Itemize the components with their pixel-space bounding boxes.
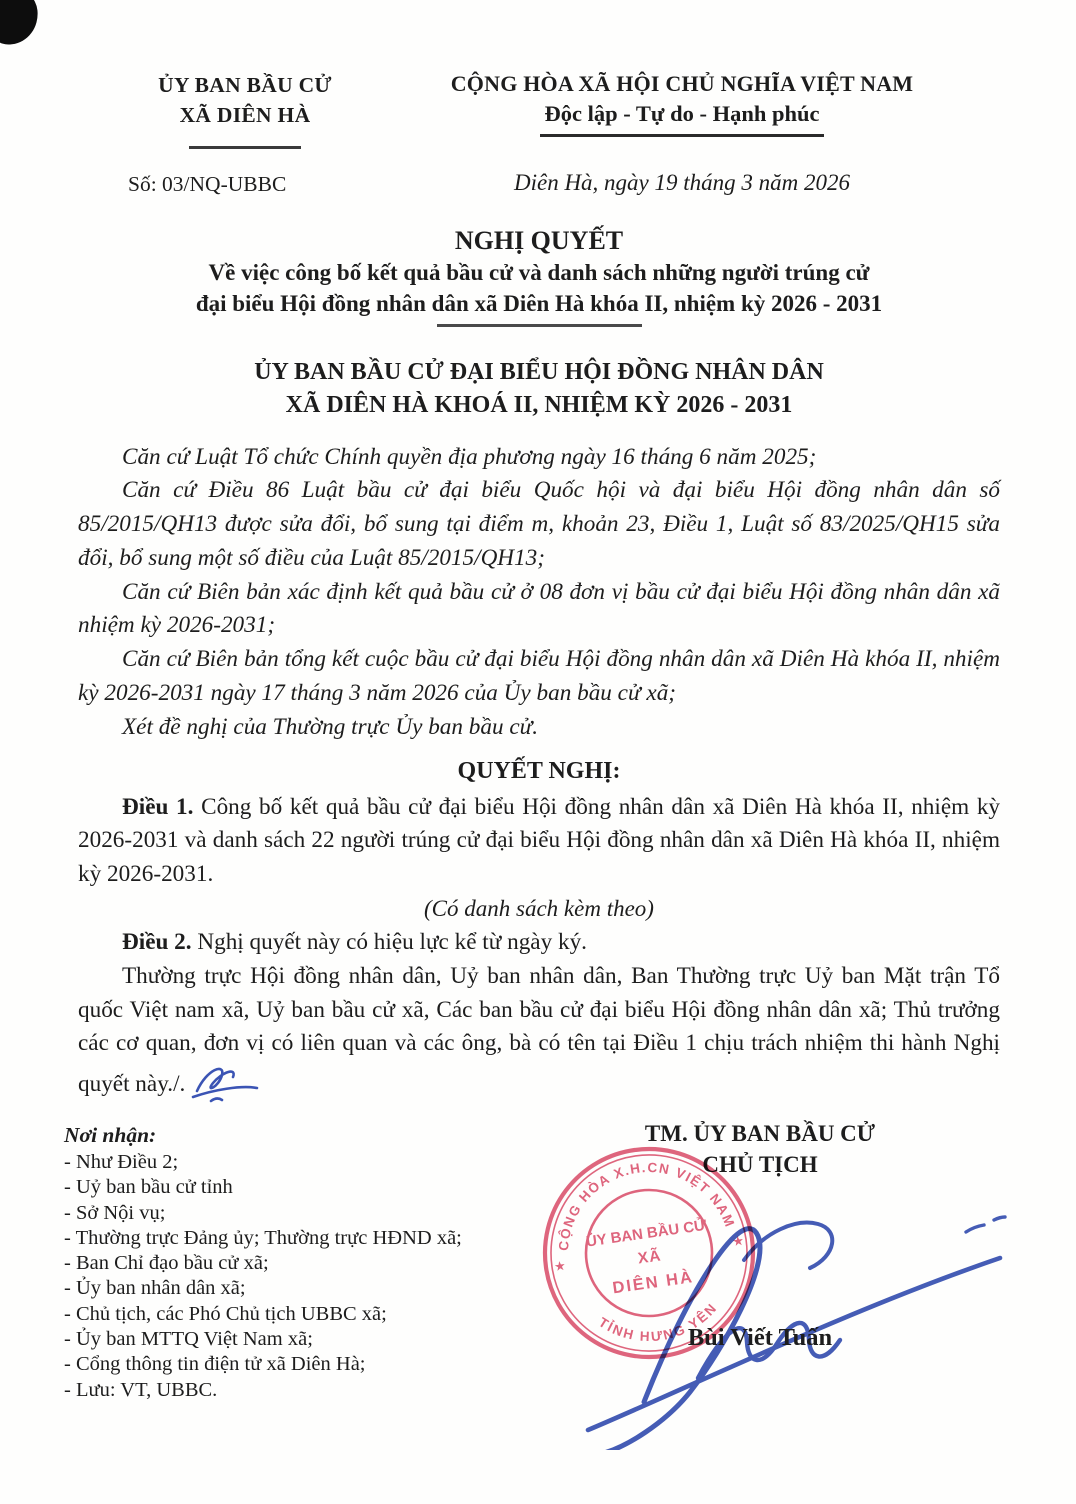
handwritten-signature xyxy=(548,1140,1018,1450)
national-header-block: CỘNG HÒA XÃ HỘI CHỦ NGHĨA VIỆT NAM Độc l… xyxy=(412,68,952,137)
recipient-item: - Uỷ ban bầu cử tỉnh xyxy=(64,1175,544,1200)
recipient-item: - Ban Chỉ đạo bầu cử xã; xyxy=(64,1251,544,1276)
recipient-item: - Lưu: VT, UBBC. xyxy=(64,1378,544,1403)
document-body: NGHỊ QUYẾT Về việc công bố kết quả bầu c… xyxy=(78,224,1000,1103)
place-and-date: Diên Hà, ngày 19 tháng 3 năm 2026 xyxy=(412,170,952,196)
scan-corner-artifact xyxy=(0,0,41,46)
recipient-item: - Như Điều 2; xyxy=(64,1150,544,1175)
national-motto-line1: CỘNG HÒA XÃ HỘI CHỦ NGHĨA VIỆT NAM xyxy=(412,68,952,99)
recipients-block: Nơi nhận: - Như Điều 2; - Uỷ ban bầu cử … xyxy=(64,1120,544,1403)
issuer-line2: XÃ DIÊN HÀ KHOÁ II, NHIỆM KỲ 2026 - 2031 xyxy=(78,389,1000,422)
recipient-item: - Ủy ban MTTQ Việt Nam xã; xyxy=(64,1327,544,1352)
article-2-label: Điều 2. xyxy=(122,929,192,955)
signature-initial-mark xyxy=(189,1061,261,1103)
signature-block: TM. ỦY BAN BẦU CỬ CHỦ TỊCH CỘNG HÒA X.H.… xyxy=(520,1118,1000,1180)
article-1: Điều 1. Công bố kết quả bầu cử đại biểu … xyxy=(78,791,1000,892)
document-number: Số: 03/NQ-UBBC xyxy=(128,172,286,197)
preamble-section: Căn cứ Luật Tổ chức Chính quyền địa phươ… xyxy=(78,441,1000,745)
recipients-label: Nơi nhận: xyxy=(64,1120,544,1150)
title-underline xyxy=(437,324,642,327)
org-name-line2: XÃ DIÊN HÀ xyxy=(92,100,398,130)
issuer-heading: ỦY BAN BẦU CỬ ĐẠI BIỂU HỘI ĐỒNG NHÂN DÂN… xyxy=(78,356,1000,422)
preamble-paragraph: Căn cứ Biên bản tổng kết cuộc bầu cử đại… xyxy=(78,643,1000,711)
document-page: ỦY BAN BẦU CỬ XÃ DIÊN HÀ CỘNG HÒA XÃ HỘI… xyxy=(0,0,1076,1504)
article-2-text: Nghị quyết này có hiệu lực kể từ ngày ký… xyxy=(192,929,587,955)
recipient-item: - Chủ tịch, các Phó Chủ tịch UBBC xã; xyxy=(64,1302,544,1327)
attachment-note: (Có danh sách kèm theo) xyxy=(78,892,1000,926)
signer-name: Bùi Viết Tuấn xyxy=(520,1324,1000,1352)
document-title: NGHỊ QUYẾT xyxy=(78,224,1000,257)
recipient-item: - Sở Nội vụ; xyxy=(64,1201,544,1226)
implementation-paragraph: Thường trực Hội đồng nhân dân, Uỷ ban nh… xyxy=(78,960,1000,1103)
article-2: Điều 2. Nghị quyết này có hiệu lực kể từ… xyxy=(78,926,1000,960)
org-underline xyxy=(189,146,301,149)
preamble-paragraph: Xét đề nghị của Thường trực Ủy ban bầu c… xyxy=(78,711,1000,745)
recipient-item: - Ủy ban nhân dân xã; xyxy=(64,1276,544,1301)
preamble-paragraph: Căn cứ Biên bản xác định kết quả bầu cử … xyxy=(78,576,1000,644)
national-motto-line2: Độc lập - Tự do - Hạnh phúc xyxy=(540,99,823,137)
issuer-line1: ỦY BAN BẦU CỬ ĐẠI BIỂU HỘI ĐỒNG NHÂN DÂN xyxy=(78,356,1000,389)
preamble-paragraph: Căn cứ Điều 86 Luật bầu cử đại biểu Quốc… xyxy=(78,474,1000,575)
document-subtitle-line2: đại biểu Hội đồng nhân dân xã Diên Hà kh… xyxy=(78,288,1000,319)
article-1-text: Công bố kết quả bầu cử đại biểu Hội đồng… xyxy=(78,794,1000,888)
org-name-line1: ỦY BAN BẦU CỬ xyxy=(92,70,398,100)
recipient-item: - Thường trực Đảng ủy; Thường trực HĐND … xyxy=(64,1226,544,1251)
preamble-paragraph: Căn cứ Luật Tổ chức Chính quyền địa phươ… xyxy=(78,441,1000,475)
document-subtitle-line1: Về việc công bố kết quả bầu cử và danh s… xyxy=(78,257,1000,288)
article-1-label: Điều 1. xyxy=(122,794,193,820)
recipient-item: - Cổng thông tin điện tử xã Diên Hà; xyxy=(64,1352,544,1377)
issuing-org-block: ỦY BAN BẦU CỬ XÃ DIÊN HÀ xyxy=(92,70,398,149)
resolution-heading: QUYẾT NGHỊ: xyxy=(78,753,1000,789)
